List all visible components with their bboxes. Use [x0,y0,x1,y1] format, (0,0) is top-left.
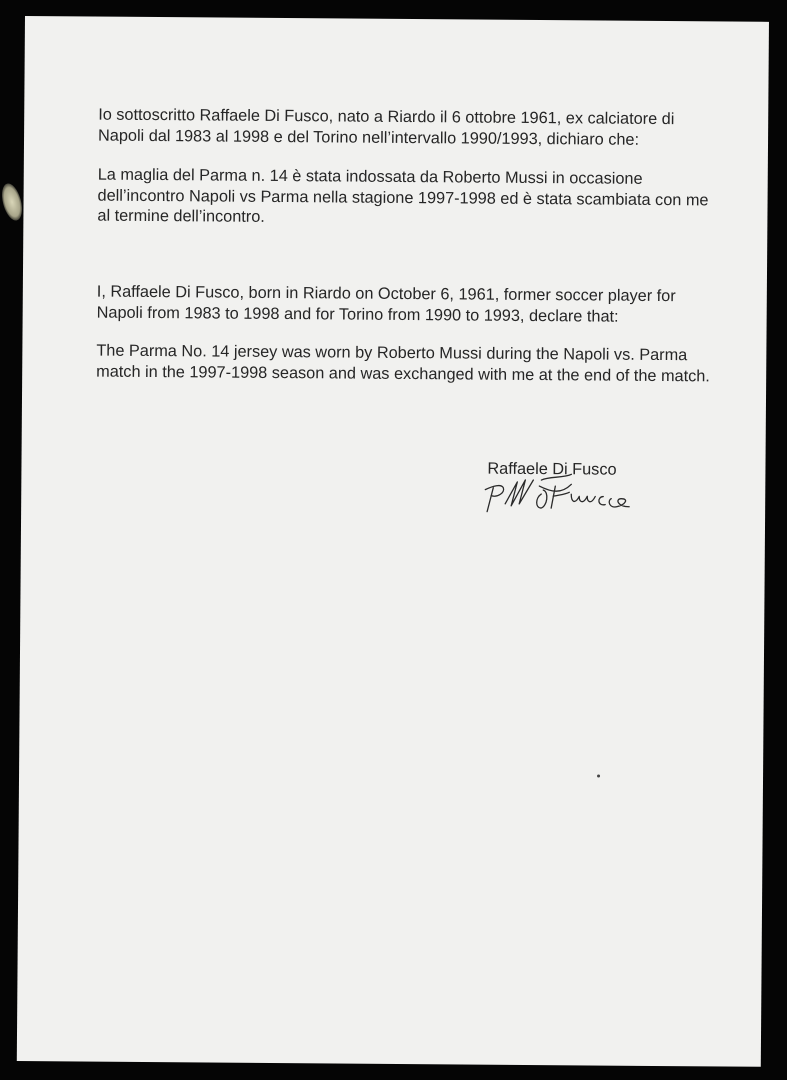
scan-artifact [0,181,26,222]
italian-declaration-statement: La maglia del Parma n. 14 è stata indoss… [97,165,717,231]
scan-speck [597,775,600,778]
handwritten-signature-icon [479,468,649,519]
english-declaration-statement: The Parma No. 14 jersey was worn by Robe… [96,341,716,387]
italian-declaration-intro: Io sottoscritto Raffaele Di Fusco, nato … [98,105,718,151]
document-body: Io sottoscritto Raffaele Di Fusco, nato … [17,16,769,1067]
document-page: Io sottoscritto Raffaele Di Fusco, nato … [17,16,769,1067]
english-declaration-intro: I, Raffaele Di Fusco, born in Riardo on … [97,282,717,328]
